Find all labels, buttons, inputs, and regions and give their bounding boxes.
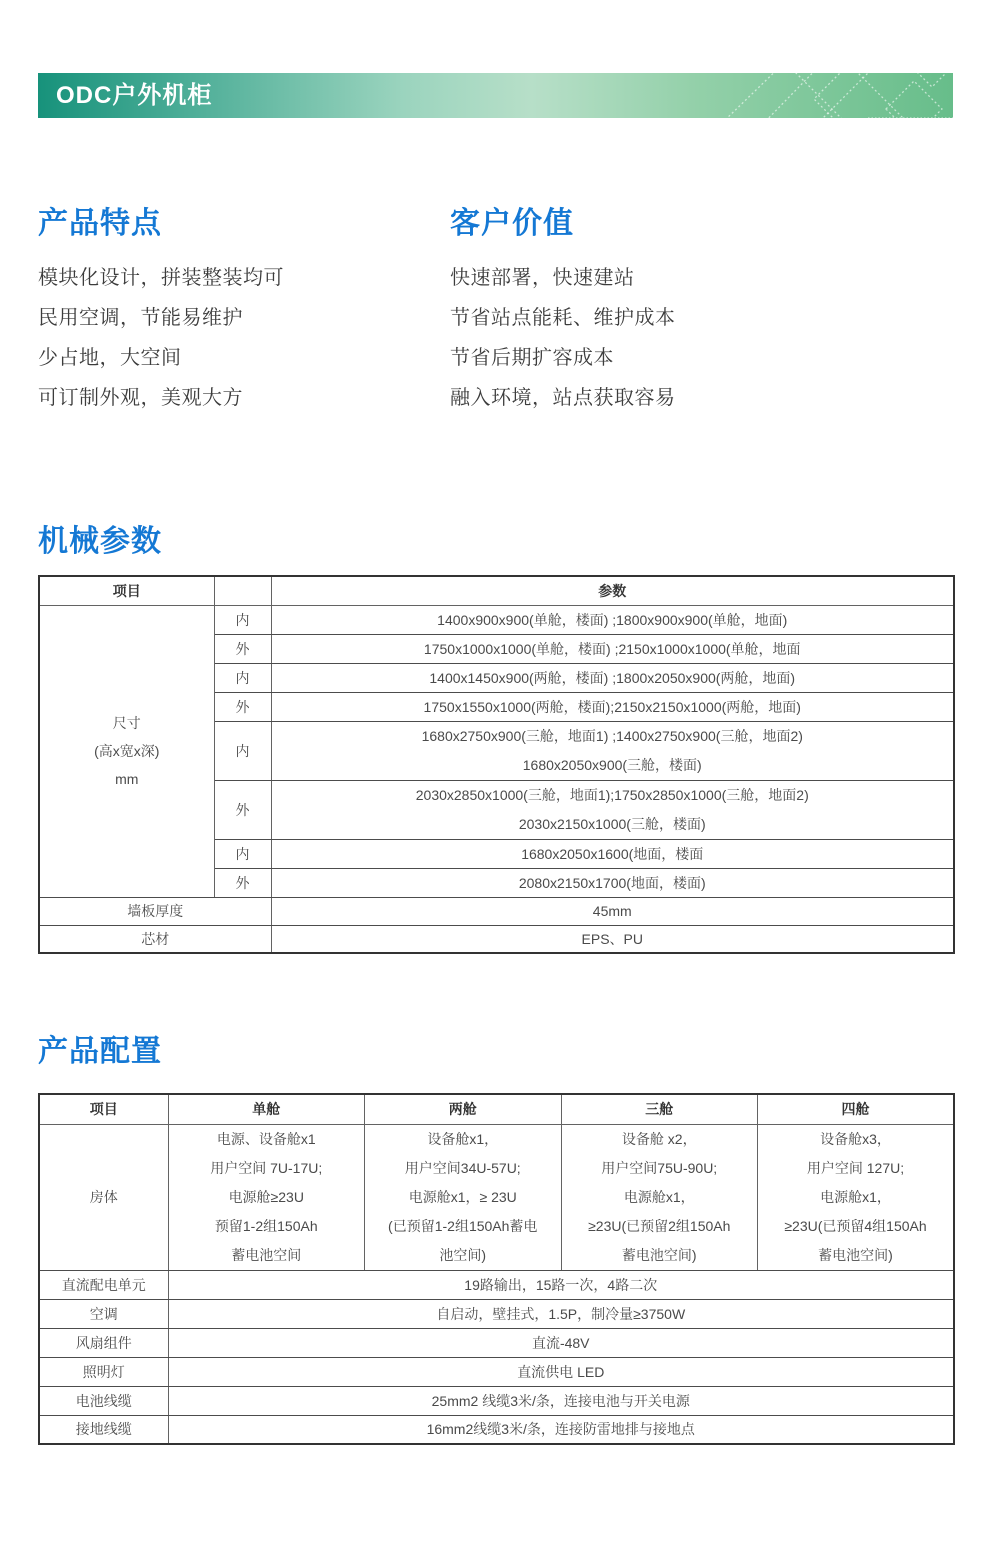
- cabin-line: 电源舱x1，: [762, 1183, 949, 1212]
- size-label-line: mm: [44, 765, 210, 793]
- mech-param-line: 2030x2850x1000(三舱，地面1);1750x2850x1000(三舱…: [276, 781, 950, 810]
- cabin-line: 用户空间 7U-17U;: [173, 1154, 361, 1183]
- config-row-value: 自启动，壁挂式，1.5P，制冷量≥3750W: [168, 1299, 954, 1328]
- config-row-value: 25mm2 线缆3米/条，连接电池与开关电源: [168, 1386, 954, 1415]
- mech-extra-label-cell: 墙板厚度: [39, 897, 271, 925]
- config-header-item: 项目: [39, 1094, 168, 1124]
- mech-param-cell: 2030x2850x1000(三舱，地面1);1750x2850x1000(三舱…: [271, 780, 954, 839]
- mech-param-cell: 1680x2750x900(三舱，地面1) ;1400x2750x900(三舱，…: [271, 721, 954, 780]
- mech-param-line: 1680x2050x900(三舱，楼面): [276, 751, 950, 780]
- value-item: 融入环境，站点获取容易: [450, 378, 676, 418]
- config-cabin-cell-single: 电源、设备舱x1 用户空间 7U-17U; 电源舱≥23U 预留1-2组150A…: [168, 1124, 365, 1270]
- mech-params-table: 项目 参数 尺寸 (高x宽x深) mm 内 1400x900x900(单舱，楼面…: [38, 575, 955, 954]
- feature-item: 可订制外观，美观大方: [38, 378, 284, 418]
- mech-extra-value-cell: EPS、PU: [271, 925, 954, 953]
- mech-param-line: 1680x2750x900(三舱，地面1) ;1400x2750x900(三舱，…: [276, 722, 950, 751]
- config-cabin-cell-double: 设备舱x1， 用户空间34U-57U; 电源舱x1，≥ 23U (已预留1-2组…: [365, 1124, 562, 1270]
- cabin-line: 蓄电池空间): [762, 1241, 949, 1270]
- value-item: 节省站点能耗、维护成本: [450, 298, 676, 338]
- config-row-value: 16mm2线缆3米/条，连接防雷地排与接地点: [168, 1415, 954, 1444]
- feature-item: 少占地，大空间: [38, 338, 284, 378]
- cabin-line: 预留1-2组150Ah: [173, 1212, 361, 1241]
- values-heading: 客户价值: [450, 198, 574, 242]
- mech-param-cell: 2080x2150x1700(地面，楼面): [271, 868, 954, 897]
- config-header-single: 单舱: [168, 1094, 365, 1124]
- config-header-triple: 三舱: [561, 1094, 758, 1124]
- mech-side-cell: 内: [214, 721, 271, 780]
- cabin-line: 电源舱x1，≥ 23U: [369, 1183, 557, 1212]
- features-list: 模块化设计，拼装整装均可 民用空调，节能易维护 少占地，大空间 可订制外观，美观…: [38, 258, 284, 418]
- cabin-line: 设备舱 x2，: [566, 1125, 754, 1154]
- banner-decor-pattern: [718, 73, 953, 118]
- cabin-line: ≥23U(已预留2组150Ah: [566, 1212, 754, 1241]
- size-label-line: (高x宽x深): [44, 737, 210, 765]
- mech-param-cell: 1750x1000x1000(单舱，楼面) ;2150x1000x1000(单舱…: [271, 634, 954, 663]
- config-heading: 产品配置: [38, 1026, 162, 1070]
- config-header-double: 两舱: [365, 1094, 562, 1124]
- config-row-label: 风扇组件: [39, 1328, 168, 1357]
- config-row-label: 照明灯: [39, 1357, 168, 1386]
- features-heading: 产品特点: [38, 198, 162, 242]
- config-table: 项目 单舱 两舱 三舱 四舱 房体 电源、设备舱x1 用户空间 7U-17U; …: [38, 1093, 955, 1445]
- page-title: ODC户外机柜: [56, 73, 212, 118]
- mech-extra-value-cell: 45mm: [271, 897, 954, 925]
- config-row-value: 直流供电 LED: [168, 1357, 954, 1386]
- mech-header-item: 项目: [39, 576, 214, 605]
- title-banner: ODC户外机柜: [38, 73, 953, 118]
- mech-side-cell: 外: [214, 868, 271, 897]
- mech-header-param: 参数: [271, 576, 954, 605]
- mech-header-spacer-cell: [214, 576, 271, 605]
- size-label-line: 尺寸: [44, 709, 210, 737]
- value-item: 节省后期扩容成本: [450, 338, 676, 378]
- mech-side-cell: 外: [214, 692, 271, 721]
- mech-param-cell: 1680x2050x1600(地面，楼面: [271, 839, 954, 868]
- mech-side-cell: 内: [214, 663, 271, 692]
- cabin-line: 设备舱x1，: [369, 1125, 557, 1154]
- config-row-label: 直流配电单元: [39, 1270, 168, 1299]
- config-row-label: 接地线缆: [39, 1415, 168, 1444]
- mech-param-cell: 1750x1550x1000(两舱，楼面);2150x2150x1000(两舱，…: [271, 692, 954, 721]
- cabin-line: 用户空间34U-57U;: [369, 1154, 557, 1183]
- mech-params-heading: 机械参数: [38, 516, 162, 560]
- mech-param-cell: 1400x1450x900(两舱，楼面) ;1800x2050x900(两舱，地…: [271, 663, 954, 692]
- config-row-label: 电池线缆: [39, 1386, 168, 1415]
- config-row-value: 19路输出，15路一次，4路二次: [168, 1270, 954, 1299]
- config-cabin-cell-triple: 设备舱 x2， 用户空间75U-90U; 电源舱x1， ≥23U(已预留2组15…: [561, 1124, 758, 1270]
- cabin-line: (已预留1-2组150Ah蓄电: [369, 1212, 557, 1241]
- mech-param-line: 2030x2150x1000(三舱，楼面): [276, 810, 950, 839]
- cabin-line: 电源舱≥23U: [173, 1183, 361, 1212]
- mech-side-cell: 外: [214, 634, 271, 663]
- mech-side-cell: 内: [214, 605, 271, 634]
- mech-side-cell: 外: [214, 780, 271, 839]
- config-cabin-cell-quad: 设备舱x3， 用户空间 127U; 电源舱x1， ≥23U(已预留4组150Ah…: [758, 1124, 955, 1270]
- cabin-line: 电源舱x1，: [566, 1183, 754, 1212]
- cabin-line: ≥23U(已预留4组150Ah: [762, 1212, 949, 1241]
- config-header-quad: 四舱: [758, 1094, 955, 1124]
- config-body-label-cell: 房体: [39, 1124, 168, 1270]
- cabin-line: 蓄电池空间: [173, 1241, 361, 1270]
- cabin-line: 设备舱x3，: [762, 1125, 949, 1154]
- feature-item: 民用空调，节能易维护: [38, 298, 284, 338]
- cabin-line: 蓄电池空间): [566, 1241, 754, 1270]
- mech-side-cell: 内: [214, 839, 271, 868]
- config-row-label: 空调: [39, 1299, 168, 1328]
- mech-size-label-cell: 尺寸 (高x宽x深) mm: [39, 605, 214, 897]
- value-item: 快速部署，快速建站: [450, 258, 676, 298]
- feature-item: 模块化设计，拼装整装均可: [38, 258, 284, 298]
- mech-extra-label-cell: 芯材: [39, 925, 271, 953]
- config-row-value: 直流-48V: [168, 1328, 954, 1357]
- cabin-line: 用户空间 127U;: [762, 1154, 949, 1183]
- cabin-line: 用户空间75U-90U;: [566, 1154, 754, 1183]
- values-list: 快速部署，快速建站 节省站点能耗、维护成本 节省后期扩容成本 融入环境，站点获取…: [450, 258, 676, 418]
- mech-param-cell: 1400x900x900(单舱，楼面) ;1800x900x900(单舱，地面): [271, 605, 954, 634]
- cabin-line: 电源、设备舱x1: [173, 1125, 361, 1154]
- cabin-line: 池空间): [369, 1241, 557, 1270]
